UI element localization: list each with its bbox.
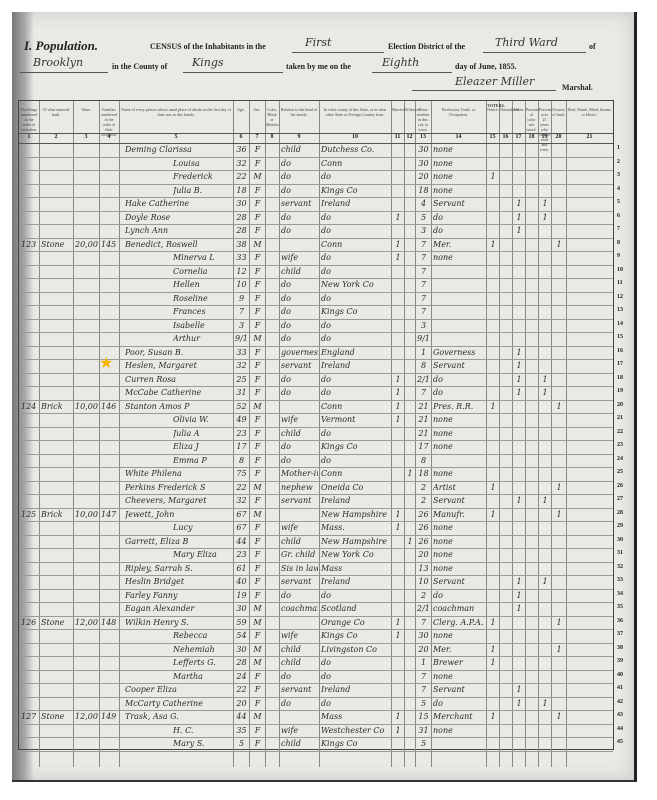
cell-age: 33 [235, 251, 248, 264]
column-number-14: 14 [431, 134, 486, 140]
cell-age: 24 [235, 670, 248, 683]
cell-born: Ireland [321, 683, 390, 696]
star-icon[interactable]: ★ [99, 356, 115, 372]
cell-rel: do [281, 373, 318, 386]
of-label: of [589, 42, 596, 51]
cell-c17: 1 [514, 589, 524, 602]
cell-m: 1 [393, 413, 403, 426]
cell-occ: none [433, 724, 485, 737]
table-row: 123Stone20,000145Benedict, Roswell38MCon… [19, 238, 613, 252]
cell-name: Frances [173, 305, 232, 318]
cell-sex: F [251, 494, 264, 507]
line-number: 1 [617, 145, 620, 151]
line-number: 30 [617, 537, 623, 543]
cell-sex: F [251, 386, 264, 399]
cell-yrs: 20 [417, 170, 430, 183]
cell-sex: F [251, 670, 264, 683]
line-number: 45 [617, 739, 623, 745]
cell-rel: do [281, 697, 318, 710]
cell-age: 30 [235, 197, 248, 210]
line-number: 14 [617, 321, 623, 327]
line-number: 39 [617, 658, 623, 664]
cell-occ: Manufr. [433, 508, 485, 521]
table-row: Cornelia12Fchilddo7 [19, 265, 613, 279]
cell-yrs: 30 [417, 157, 430, 170]
cell-age: 67 [235, 508, 248, 521]
cell-m: 1 [393, 629, 403, 642]
table-row: Rebecca54FwifeKings Co130none [19, 629, 613, 643]
column-header-1: Dwellings numbered in the order of visit… [20, 107, 38, 132]
cell-yrs: 7 [417, 386, 430, 399]
cell-rel: servant [281, 494, 318, 507]
cell-sex: F [251, 467, 264, 480]
table-row: Garrett, Eliza B44FchildNew Hampshire126… [19, 535, 613, 549]
cell-c19: 1 [540, 386, 550, 399]
cell-born: Mass. [321, 521, 390, 534]
cell-born: do [321, 386, 390, 399]
cell-c20: 1 [553, 508, 565, 521]
cell-occ: none [433, 427, 485, 440]
line-number: 25 [617, 469, 623, 475]
column-header-13: Years resident in this city or town. [416, 107, 430, 132]
cell-occ: Servant [433, 494, 485, 507]
cell-sex: F [251, 629, 264, 642]
cell-born: Mass [321, 562, 390, 575]
cell-val: 20,000 [75, 238, 98, 251]
table-row: Hake Catherine30FservantIreland4Servant1… [19, 197, 613, 211]
cell-sex: F [251, 292, 264, 305]
column-number-7: 7 [249, 134, 265, 140]
cell-rel: wife [281, 521, 318, 534]
table-row: Julia B.18FdoKings Co18none [19, 184, 613, 198]
cell-yrs: 7 [417, 670, 430, 683]
cell-born: do [321, 170, 390, 183]
cell-name: Isabelle [173, 319, 232, 332]
cell-yrs: 10 [417, 575, 430, 588]
cell-c15: 1 [488, 643, 498, 656]
cell-born: New York Co [321, 278, 390, 291]
cell-yrs: 1 [417, 346, 430, 359]
cell-yrs: 31 [417, 724, 430, 737]
cell-occ: none [433, 143, 485, 156]
cell-occ: none [433, 184, 485, 197]
cell-sex: M [251, 238, 264, 251]
line-number: 9 [617, 253, 620, 259]
table-row: Olivia W.49FwifeVermont121none [19, 413, 613, 427]
cell-born: do [321, 589, 390, 602]
cell-born: do [321, 211, 390, 224]
cell-age: 31 [235, 386, 248, 399]
cell-age: 38 [235, 238, 248, 251]
cell-age: 9/12 [235, 332, 248, 345]
cell-yrs: 8 [417, 359, 430, 372]
cell-rel: do [281, 184, 318, 197]
table-row: Lucy67FwifeMass.126none [19, 521, 613, 535]
column-number-5: 5 [119, 134, 233, 140]
cell-val: 12,000 [75, 710, 98, 723]
cell-born: Livingston Co [321, 643, 390, 656]
line-number: 8 [617, 240, 620, 246]
cell-age: 7 [235, 305, 248, 318]
column-header-3: Value. [74, 107, 98, 112]
cell-born: do [321, 251, 390, 264]
table-row: Julia A23Fchilddo21none [19, 427, 613, 441]
cell-age: 44 [235, 710, 248, 723]
cell-sex: F [251, 737, 264, 750]
cell-born: Kings Co [321, 305, 390, 318]
cell-age: 18 [235, 184, 248, 197]
table-row: Louisa32FdoConn30none [19, 157, 613, 171]
table-row: 125Brick10,000147Jewett, John67MNew Hamp… [19, 508, 613, 522]
cell-rel: do [281, 670, 318, 683]
cell-rel: do [281, 170, 318, 183]
table-row: 126Stone12,000148Wilkin Henry S.59MOrang… [19, 616, 613, 630]
cell-name: Julia B. [173, 184, 232, 197]
cell-sex: F [251, 427, 264, 440]
cell-age: 23 [235, 427, 248, 440]
cell-name: Nehemiah [173, 643, 232, 656]
cell-rel: do [281, 278, 318, 291]
column-header-21: Deaf, Dumb, Blind, Insane, or Idiotic. [567, 107, 612, 117]
cell-yrs: 26 [417, 508, 430, 521]
cell-born: do [321, 454, 390, 467]
cell-sex: F [251, 575, 264, 588]
cell-sex: F [251, 454, 264, 467]
cell-m: 1 [393, 251, 403, 264]
cell-rel: do [281, 332, 318, 345]
cell-sex: F [251, 278, 264, 291]
cell-c15: 1 [488, 656, 498, 669]
county-label: in the County of [112, 62, 167, 71]
cell-rel: wife [281, 251, 318, 264]
cell-mat: Stone [41, 710, 72, 723]
cell-age: 28 [235, 224, 248, 237]
line-number: 24 [617, 456, 623, 462]
column-header-9: Relation to the head of the family. [280, 107, 318, 117]
table-row: Eliza J17FdoKings Co17none [19, 440, 613, 454]
line-number: 43 [617, 712, 623, 718]
cell-name: Garrett, Eliza B [125, 535, 232, 548]
column-number-6: 6 [233, 134, 249, 140]
line-number: 12 [617, 294, 623, 300]
cell-c17: 1 [514, 575, 524, 588]
cell-age: 25 [235, 373, 248, 386]
cell-name: Eagan Alexander [125, 602, 232, 615]
cell-sex: F [251, 697, 264, 710]
row-divider [19, 751, 613, 752]
cell-sex: M [251, 710, 264, 723]
cell-c17: 1 [514, 224, 524, 237]
cell-name: Cornelia [173, 265, 232, 278]
cell-dw: 123 [21, 238, 38, 251]
column-header-6: Age. [234, 107, 248, 112]
table-row: Lynch Ann28Fdodo3do1 [19, 224, 613, 238]
cell-born: Ireland [321, 197, 390, 210]
cell-occ: none [433, 440, 485, 453]
line-number: 42 [617, 699, 623, 705]
table-row: Roseline9Fdodo7 [19, 292, 613, 306]
column-number-3: 3 [73, 134, 99, 140]
cell-rel: do [281, 305, 318, 318]
cell-yrs: 7 [417, 305, 430, 318]
table-row: Martha24Fdodo7none [19, 670, 613, 684]
cell-sex: F [251, 319, 264, 332]
cell-age: 61 [235, 562, 248, 575]
cell-occ: do [433, 373, 485, 386]
cell-name: Benedict, Roswell [125, 238, 232, 251]
cell-m: 1 [393, 400, 403, 413]
cell-m: 1 [393, 238, 403, 251]
cell-m: 1 [393, 373, 403, 386]
cell-yrs: 13 [417, 562, 430, 575]
cell-rel: governess [281, 346, 318, 359]
cell-occ: none [433, 535, 485, 548]
cell-sex: M [251, 602, 264, 615]
cell-fam: 147 [101, 508, 118, 521]
cell-rel: wife [281, 724, 318, 737]
cell-born: do [321, 224, 390, 237]
cell-born: England [321, 346, 390, 359]
column-header-7: Sex. [250, 107, 264, 112]
cell-sex: F [251, 413, 264, 426]
cell-age: 32 [235, 359, 248, 372]
column-header-18: Persons of color not taxed. [526, 107, 537, 132]
table-row: Arthur9/12Mdodo9/12 [19, 332, 613, 346]
cell-sex: M [251, 400, 264, 413]
cell-m: 1 [393, 616, 403, 629]
column-number-19: 19 [538, 134, 551, 140]
cell-w: 1 [406, 467, 414, 480]
cell-yrs: 17 [417, 440, 430, 453]
cell-name: Emma P [173, 454, 232, 467]
cell-rel: servant [281, 197, 318, 210]
table-row: Frances7FdoKings Co7 [19, 305, 613, 319]
cell-rel: servant [281, 683, 318, 696]
cell-yrs: 9/12 [417, 332, 430, 345]
table-row: Mary S.5FchildKings Co5 [19, 737, 613, 751]
cell-rel: Mother-in-law [281, 467, 318, 480]
cell-mat: Brick [41, 508, 72, 521]
column-number-9: 9 [279, 134, 319, 140]
cell-occ: Servant [433, 197, 485, 210]
column-header-11: Married. [392, 107, 403, 112]
cell-yrs: 3 [417, 224, 430, 237]
cell-name: Martha [173, 670, 232, 683]
line-number: 27 [617, 496, 623, 502]
cell-c15: 1 [488, 616, 498, 629]
cell-rel: do [281, 292, 318, 305]
line-number: 5 [617, 199, 620, 205]
cell-occ: none [433, 521, 485, 534]
line-number: 17 [617, 361, 623, 367]
cell-yrs: 2 [417, 589, 430, 602]
cell-born: New Hampshire [321, 508, 390, 521]
cell-c20: 1 [553, 710, 565, 723]
cell-c17: 1 [514, 211, 524, 224]
day-value: Eighth [382, 56, 419, 69]
cell-age: 75 [235, 467, 248, 480]
cell-dw: 126 [21, 616, 38, 629]
column-number-11: 11 [391, 134, 404, 140]
cell-sex: M [251, 656, 264, 669]
cell-occ: do [433, 697, 485, 710]
cell-c19: 1 [540, 373, 550, 386]
cell-yrs: 3 [417, 319, 430, 332]
table-row: Lefferts G.28Mchilddo1Brewer1 [19, 656, 613, 670]
cell-sex: M [251, 332, 264, 345]
election-label: Election District of the [388, 42, 465, 51]
cell-name: Lefferts G. [173, 656, 232, 669]
cell-yrs: 20 [417, 643, 430, 656]
line-number: 23 [617, 442, 623, 448]
column-header-4: Families numbered in the order of their … [100, 107, 118, 137]
cell-occ: Servant [433, 575, 485, 588]
cell-sex: F [251, 197, 264, 210]
cell-age: 30 [235, 602, 248, 615]
line-number: 13 [617, 307, 623, 313]
cell-c19: 1 [540, 575, 550, 588]
cell-c19: 1 [540, 197, 550, 210]
table-row: Cheevers, Margaret32FservantIreland2Serv… [19, 494, 613, 508]
cell-name: Lynch Ann [125, 224, 232, 237]
cell-sex: F [251, 589, 264, 602]
cell-sex: F [251, 224, 264, 237]
table-row: Frederick22Mdodo20none1 [19, 170, 613, 184]
cell-c15: 1 [488, 710, 498, 723]
cell-yrs: 2 [417, 481, 430, 494]
cell-age: 8 [235, 454, 248, 467]
cell-fam: 146 [101, 400, 118, 413]
cell-sex: F [251, 548, 264, 561]
cell-name: Roseline [173, 292, 232, 305]
cell-rel: child [281, 656, 318, 669]
cell-age: 36 [235, 143, 248, 156]
section-title: I. Population. [24, 38, 98, 54]
cell-rel: nephew [281, 481, 318, 494]
cell-rel: servant [281, 359, 318, 372]
table-row: Cooper Eliza22FservantIreland7Servant1 [19, 683, 613, 697]
cell-sex: M [251, 643, 264, 656]
table-row: Isabelle3Fdodo3 [19, 319, 613, 333]
line-number: 15 [617, 334, 623, 340]
cell-name: Hake Catherine [125, 197, 232, 210]
cell-name: Ripley, Sarrah S. [125, 562, 232, 575]
table-row: Doyle Rose28Fdodo15do11 [19, 211, 613, 225]
cell-yrs: 7 [417, 278, 430, 291]
cell-name: Trask, Asa G. [125, 710, 232, 723]
cell-c19: 1 [540, 494, 550, 507]
cell-c17: 1 [514, 697, 524, 710]
cell-age: 33 [235, 346, 248, 359]
column-header-12: Widowed. [405, 107, 414, 112]
cell-sex: F [251, 535, 264, 548]
cell-age: 40 [235, 575, 248, 588]
cell-c20: 1 [553, 643, 565, 656]
table-row: Mary Eliza23FGr. childNew York Co20none [19, 548, 613, 562]
cell-occ: Governess [433, 346, 485, 359]
cell-age: 52 [235, 400, 248, 413]
cell-age: 44 [235, 535, 248, 548]
column-number-17: 17 [512, 134, 525, 140]
line-number: 44 [617, 726, 623, 732]
cell-age: 59 [235, 616, 248, 629]
cell-born: New York Co [321, 548, 390, 561]
table-row: Ripley, Sarrah S.61FSis in lawMass13none [19, 562, 613, 576]
cell-name: Minerva L [173, 251, 232, 264]
cell-name: Olivia W. [173, 413, 232, 426]
cell-born: do [321, 373, 390, 386]
cell-sex: M [251, 508, 264, 521]
cell-born: do [321, 697, 390, 710]
cell-rel: Sis in law [281, 562, 318, 575]
cell-name: Lucy [173, 521, 232, 534]
cell-c15: 1 [488, 508, 498, 521]
line-number: 11 [617, 280, 623, 286]
cell-yrs: 30 [417, 143, 430, 156]
cell-born: Conn [321, 400, 390, 413]
table-row: Minerva L33Fwifedo17none [19, 251, 613, 265]
cell-yrs: 7 [417, 251, 430, 264]
cell-rel: do [281, 319, 318, 332]
cell-occ: do [433, 224, 485, 237]
cell-sex: F [251, 440, 264, 453]
cell-yrs: 2 [417, 494, 430, 507]
cell-name: Farley Fanny [125, 589, 232, 602]
cell-born: do [321, 427, 390, 440]
line-number: 26 [617, 483, 623, 489]
cell-born: do [321, 265, 390, 278]
cell-occ: none [433, 629, 485, 642]
cell-name: H. C. [173, 724, 232, 737]
cell-name: Rebecca [173, 629, 232, 642]
cell-c19: 1 [540, 211, 550, 224]
cell-occ: Servant [433, 359, 485, 372]
cell-name: Curren Rosa [125, 373, 232, 386]
cell-rel: wife [281, 413, 318, 426]
cell-name: Julia A [173, 427, 232, 440]
cell-yrs: 5 [417, 737, 430, 750]
cell-yrs: 7 [417, 265, 430, 278]
cell-mat: Stone [41, 238, 72, 251]
cell-rel: do [281, 157, 318, 170]
cell-rel: child [281, 427, 318, 440]
cell-born: Ireland [321, 575, 390, 588]
cell-yrs: 2/12 [417, 602, 430, 615]
cell-born: do [321, 319, 390, 332]
cell-sex: F [251, 724, 264, 737]
cell-c17: 1 [514, 494, 524, 507]
cell-born: Ireland [321, 359, 390, 372]
cell-age: 17 [235, 440, 248, 453]
table-row: McCabe Catherine31Fdodo17do11 [19, 386, 613, 400]
cell-occ: Mer. [433, 643, 485, 656]
line-number: 41 [617, 685, 623, 691]
cell-occ: none [433, 157, 485, 170]
cell-c17: 1 [514, 197, 524, 210]
cell-sex: F [251, 359, 264, 372]
cell-born: Conn [321, 467, 390, 480]
column-number-1: 1 [19, 134, 39, 140]
cell-c17: 1 [514, 683, 524, 696]
cell-yrs: 18 [417, 184, 430, 197]
cell-rel: Gr. child [281, 548, 318, 561]
cell-born: Ireland [321, 494, 390, 507]
cell-yrs: 5 [417, 211, 430, 224]
cell-born: do [321, 656, 390, 669]
table-row: Farley Fanny19Fdodo2do1 [19, 589, 613, 603]
cell-occ: none [433, 562, 485, 575]
table-row: Emma P8Fdodo8 [19, 454, 613, 468]
